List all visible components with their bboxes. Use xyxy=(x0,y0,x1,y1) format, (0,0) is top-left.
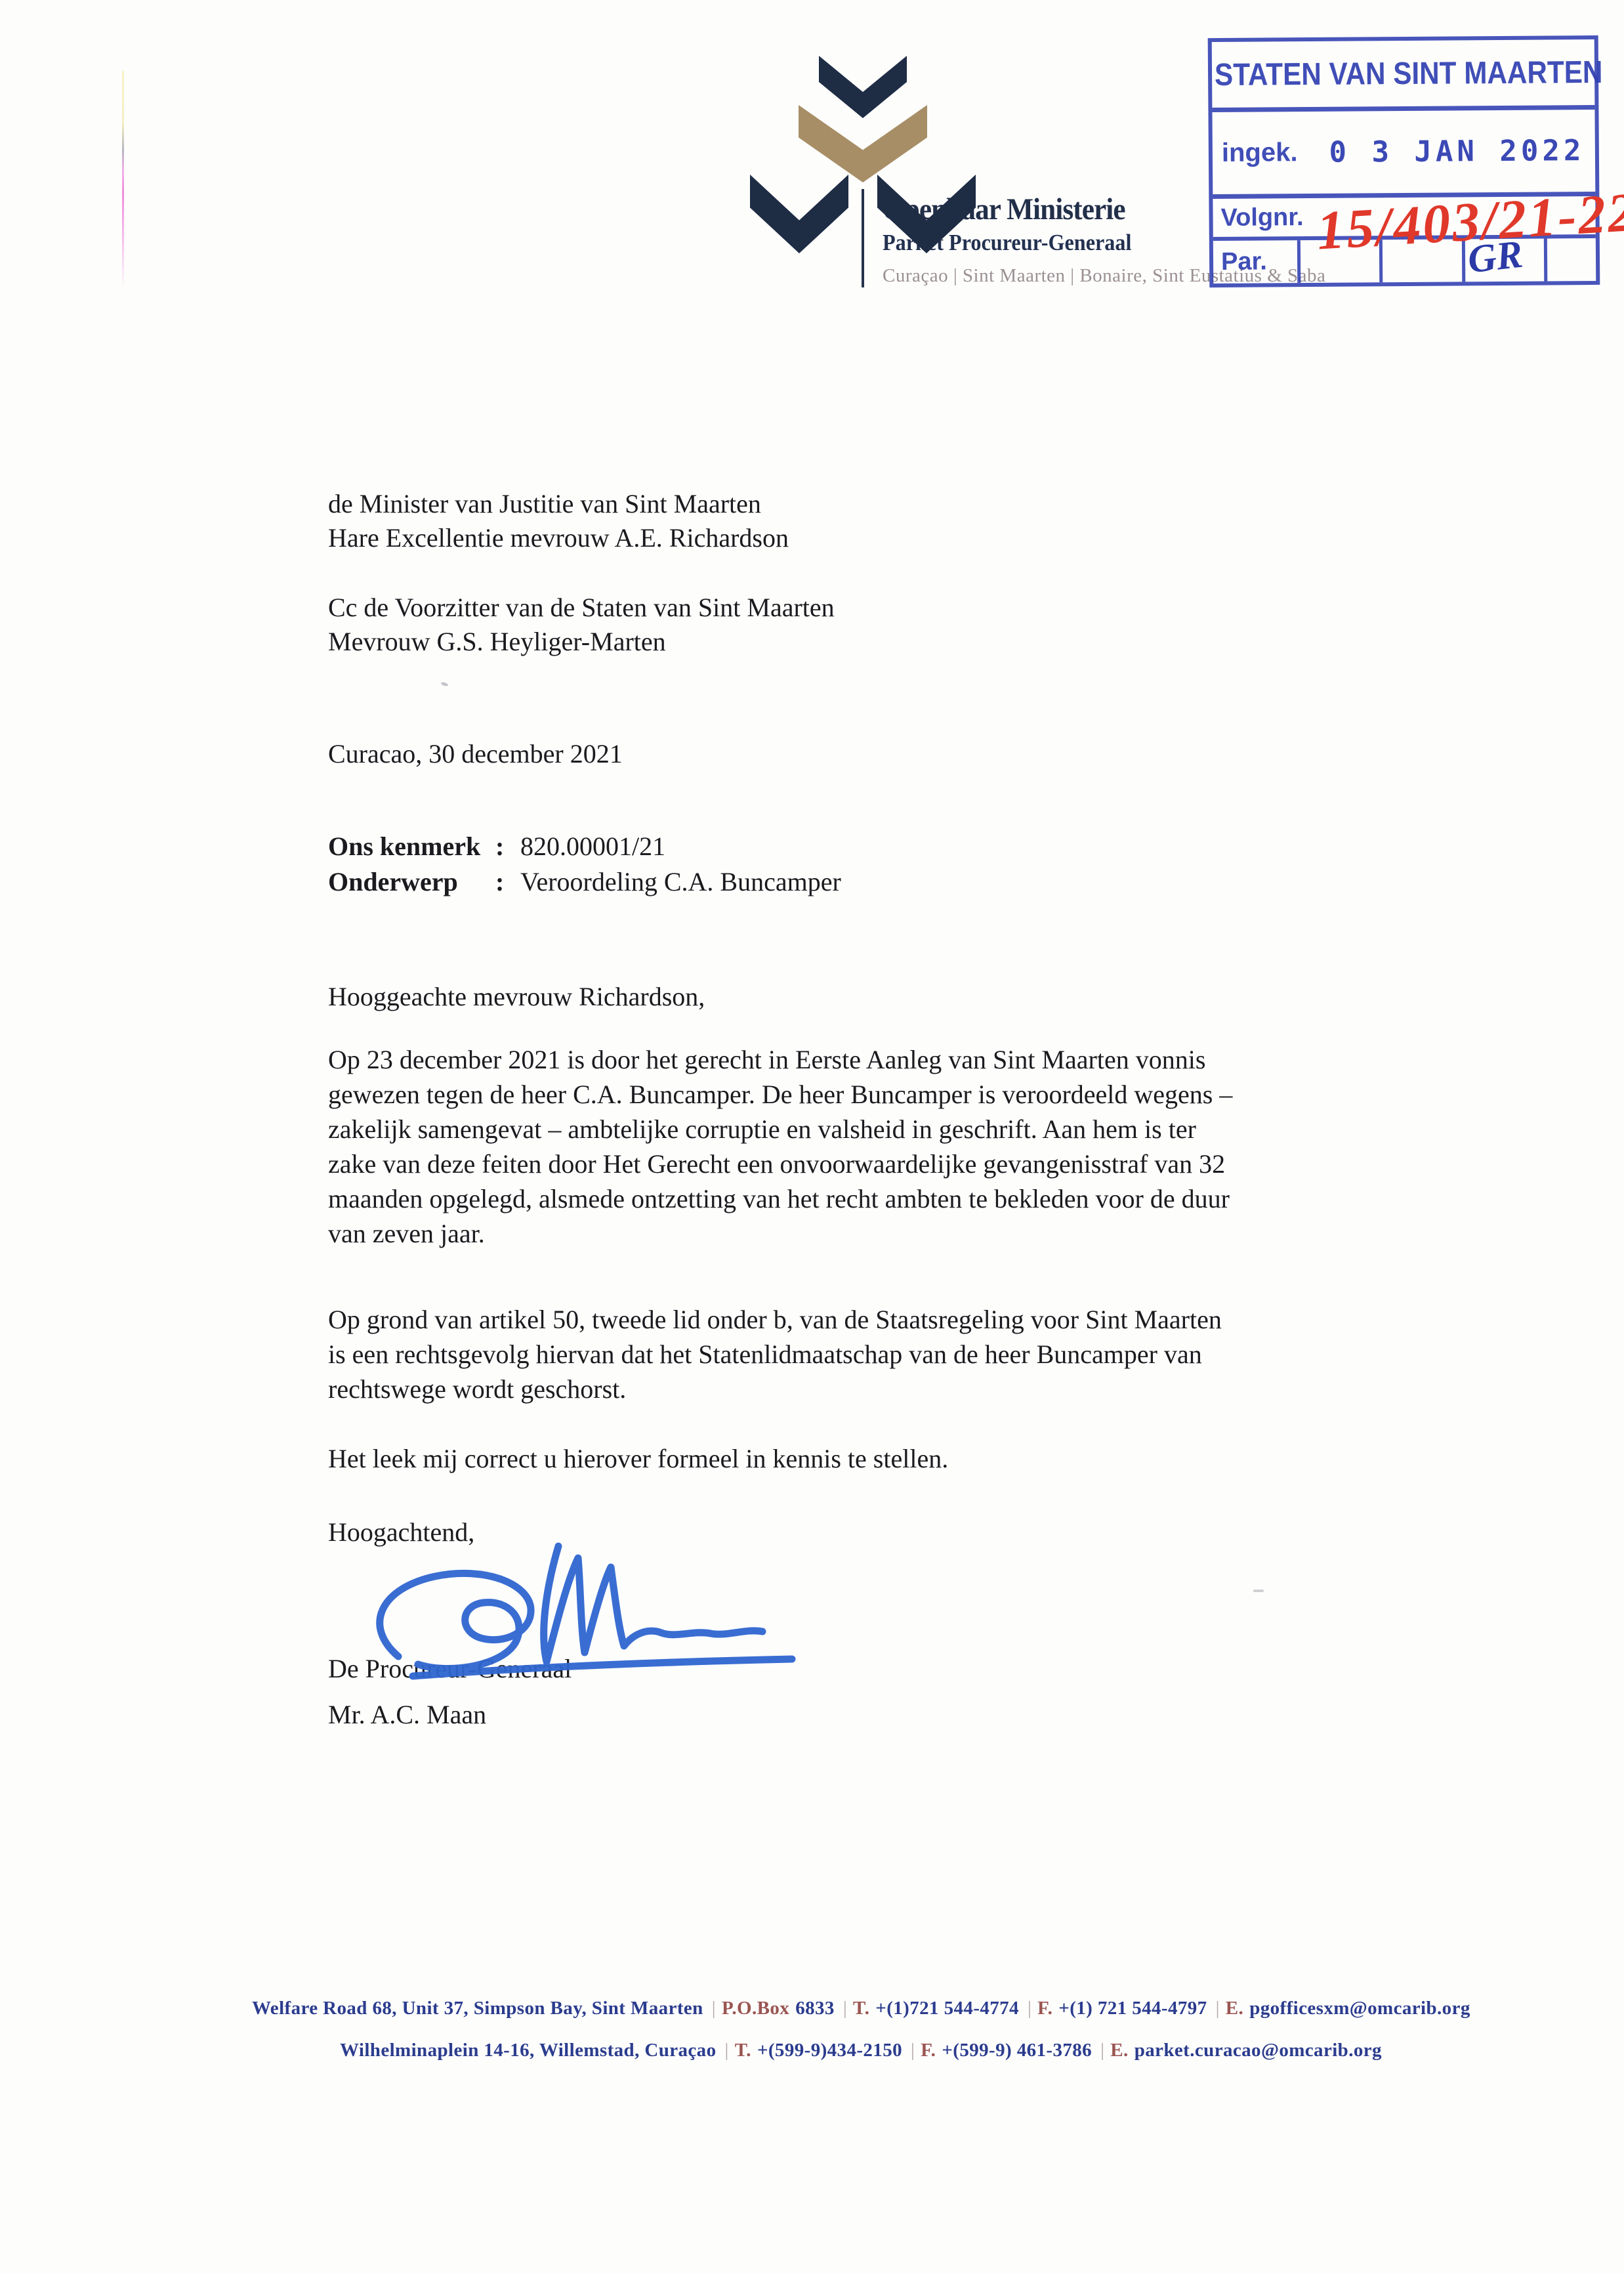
scan-speck xyxy=(440,681,448,686)
body-paragraph-1: Op 23 december 2021 is door het gerecht … xyxy=(328,1042,1232,1251)
subject-label: Onderwerp xyxy=(328,866,495,897)
footer-line-1: Welfare Road 68, Unit 37, Simpson Bay, S… xyxy=(252,1998,1476,2019)
footer-segment: +(1)721 544-4774 xyxy=(875,1998,1019,2019)
recipient-block: de Minister van Justitie van Sint Maarte… xyxy=(328,487,789,555)
scan-artifact-line xyxy=(122,71,124,289)
footer-segment: T. xyxy=(735,2040,751,2061)
stamp-volgnr-label: Volgnr. xyxy=(1213,203,1303,232)
body-paragraph-3: Het leek mij correct u hierover formeel … xyxy=(328,1441,948,1476)
stamp-date: 0 3 JAN 2022 xyxy=(1329,134,1585,169)
logo-divider-line xyxy=(862,189,864,287)
footer-segment: +(1) 721 544-4797 xyxy=(1058,1998,1207,2019)
footer-segment: | xyxy=(724,2040,728,2061)
footer-segment: pgofficesxm@omcarib.org xyxy=(1249,1998,1470,2019)
dateline: Curacao, 30 december 2021 xyxy=(328,736,623,771)
signature-strokes xyxy=(544,1546,762,1662)
footer-segment: E. xyxy=(1226,1998,1243,2019)
footer-segment: parket.curacao@omcarib.org xyxy=(1135,2040,1382,2061)
footer-segment: | xyxy=(1028,1998,1031,2019)
stamp-title: STATEN VAN SINT MAARTEN xyxy=(1215,54,1603,93)
salutation: Hooggeachte mevrouw Richardson, xyxy=(328,979,705,1014)
footer-segment: | xyxy=(712,1998,716,2019)
reference-colon: : xyxy=(495,831,520,862)
footer-segment: Wilhelminaplein 14-16, Willemstad, Curaç… xyxy=(340,2040,716,2061)
footer-segment: E. xyxy=(1110,2040,1128,2061)
reference-value: 820.00001/21 xyxy=(520,831,665,862)
footer-segment: F. xyxy=(1037,1998,1052,2019)
stamp-title-row: STATEN VAN SINT MAARTEN xyxy=(1212,39,1595,112)
footer-segment: | xyxy=(1216,1998,1220,2019)
footer-segment: F. xyxy=(921,2040,936,2061)
footer-segment: | xyxy=(1100,2040,1104,2061)
subject-colon: : xyxy=(495,866,520,897)
stamp-received-label: ingek. xyxy=(1213,138,1298,168)
chevron-icon xyxy=(750,175,848,253)
signature-loop xyxy=(380,1573,531,1668)
received-stamp: STATEN VAN SINT MAARTEN ingek. 0 3 JAN 2… xyxy=(1208,35,1600,287)
signature xyxy=(358,1528,830,1692)
reference-row: Ons kenmerk : 820.00001/21 xyxy=(328,831,665,862)
footer-segment: +(599-9) 461-3786 xyxy=(942,2040,1092,2061)
letter-page: Openbaar Ministerie Parket Procureur-Gen… xyxy=(0,0,1624,2274)
subject-value: Veroordeling C.A. Buncamper xyxy=(520,866,841,897)
body-paragraph-2: Op grond van artikel 50, tweede lid onde… xyxy=(328,1302,1222,1406)
footer-segment: | xyxy=(911,2040,915,2061)
footer-segment: T. xyxy=(853,1998,869,2019)
footer-segment: 6833 xyxy=(795,1998,835,2019)
subject-row: Onderwerp : Veroordeling C.A. Buncamper xyxy=(328,866,841,897)
footer-line-2: Wilhelminaplein 14-16, Willemstad, Curaç… xyxy=(340,2040,1388,2061)
signer-name: Mr. A.C. Maan xyxy=(328,1697,486,1732)
scan-speck xyxy=(1253,1590,1264,1592)
reference-label: Ons kenmerk xyxy=(328,831,495,862)
footer-segment: | xyxy=(843,1998,847,2019)
footer-segment: P.O.Box xyxy=(722,1998,789,2019)
cc-block: Cc de Voorzitter van de Staten van Sint … xyxy=(328,591,835,659)
footer-segment: Welfare Road 68, Unit 37, Simpson Bay, S… xyxy=(252,1998,703,2019)
chevron-icon xyxy=(819,56,907,118)
handwritten-initials: GR xyxy=(1465,232,1525,283)
footer-segment: +(599-9)434-2150 xyxy=(757,2040,902,2061)
stamp-par-label: Par. xyxy=(1213,240,1297,284)
